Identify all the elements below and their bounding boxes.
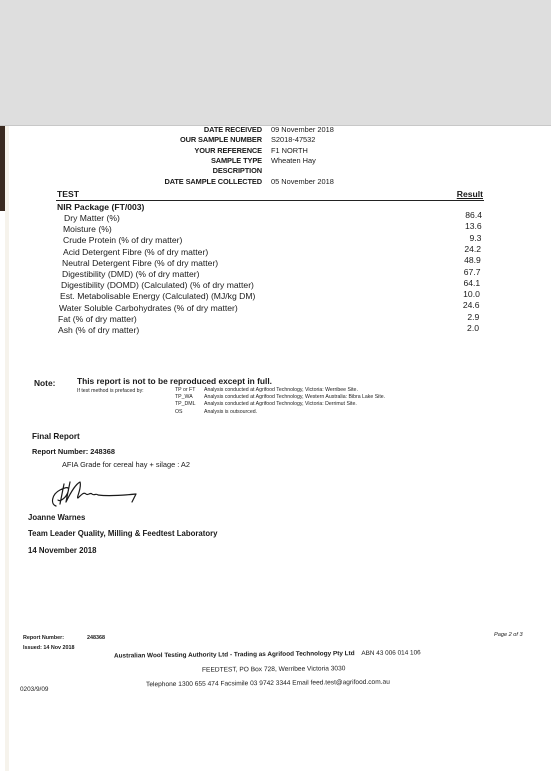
company-abn: ABN 43 006 014 106 xyxy=(361,649,420,657)
sample-info-value: Wheaten Hay xyxy=(271,156,316,166)
test-result: 24.6 xyxy=(440,300,480,310)
note-subtitle: If test method is prefaced by: xyxy=(77,388,144,394)
sample-info-value: 09 November 2018 xyxy=(271,125,334,135)
sample-info-row: DESCRIPTION xyxy=(0,166,551,176)
test-name: Est. Metabolisable Energy (Calculated) (… xyxy=(60,291,255,301)
test-result: 86.4 xyxy=(442,210,482,220)
footer-report-number: Report Number: 248368 xyxy=(23,635,64,641)
sample-info-row: SAMPLE TYPEWheaten Hay xyxy=(0,156,551,166)
test-result: 67.7 xyxy=(441,267,481,277)
sample-info-value: F1 NORTH xyxy=(271,146,308,156)
test-name: Moisture (%) xyxy=(63,224,112,234)
method-code-description: Analysis conducted at Agrifood Technolog… xyxy=(204,394,385,400)
test-result: 2.9 xyxy=(439,312,479,322)
sample-info-row: DATE SAMPLE COLLECTED05 November 2018 xyxy=(0,177,551,187)
signatory-role: Team Leader Quality, Milling & Feedtest … xyxy=(28,529,217,538)
signatory-name: Joanne Warnes xyxy=(28,513,85,522)
method-code-description: Analysis conducted at Agrifood Technolog… xyxy=(204,401,357,407)
report-status: Final Report xyxy=(32,432,80,441)
sample-info-row: DATE RECEIVED09 November 2018 xyxy=(0,125,551,135)
footer-report-number-label: Report Number: xyxy=(23,635,64,641)
method-code: TP_WA xyxy=(175,394,193,400)
form-code: 0203/9/09 xyxy=(20,686,48,693)
sample-info-row: YOUR REFERENCEF1 NORTH xyxy=(0,146,551,156)
test-result: 64.1 xyxy=(440,278,480,288)
test-result: 48.9 xyxy=(441,255,481,265)
method-code: OS xyxy=(175,409,183,415)
lab-report-page: DATE RECEIVED09 November 2018OUR SAMPLE … xyxy=(0,126,551,771)
note-label: Note: xyxy=(34,378,55,388)
sample-info-label: SAMPLE TYPE xyxy=(211,156,262,166)
method-code-description: Analysis conducted at Agrifood Technolog… xyxy=(204,387,358,393)
test-name: Ash (% of dry matter) xyxy=(58,325,139,335)
package-name: NIR Package (FT/003) xyxy=(57,202,144,212)
report-number: Report Number: 248368 xyxy=(32,447,115,456)
test-name: Acid Detergent Fibre (% of dry matter) xyxy=(63,247,208,257)
test-name: Neutral Detergent Fibre (% of dry matter… xyxy=(62,258,218,268)
report-date: 14 November 2018 xyxy=(28,546,96,555)
footer-report-number-value: 248368 xyxy=(87,635,105,641)
test-name: Dry Matter (%) xyxy=(64,213,120,223)
test-name: Fat (% of dry matter) xyxy=(58,314,137,324)
results-table-header: TEST Result xyxy=(56,188,484,201)
test-name: Digestibility (DOMD) (Calculated) (% of … xyxy=(61,280,254,290)
page-indicator: Page 2 of 3 xyxy=(494,632,523,638)
footer-contact: Telephone 1300 655 474 Facsimile 03 9742… xyxy=(146,679,390,689)
test-result: 10.0 xyxy=(440,289,480,299)
test-result: 9.3 xyxy=(441,233,481,243)
result-column-header: Result xyxy=(457,189,483,199)
sample-info-label: OUR SAMPLE NUMBER xyxy=(180,135,262,145)
method-code: TP or FT xyxy=(175,387,195,393)
sample-info-label: DATE SAMPLE COLLECTED xyxy=(164,177,262,187)
sample-info-value: 05 November 2018 xyxy=(271,177,334,187)
method-code: TP_DML xyxy=(175,401,195,407)
afia-grade: AFIA Grade for cereal hay + silage : A2 xyxy=(62,460,190,469)
test-result: 2.0 xyxy=(439,323,479,333)
sample-info-row: OUR SAMPLE NUMBERS2018-47532 xyxy=(0,135,551,145)
test-name: Crude Protein (% of dry matter) xyxy=(63,235,182,245)
sample-info-label: YOUR REFERENCE xyxy=(194,146,262,156)
footer-address: FEEDTEST, PO Box 728, Werribee Victoria … xyxy=(202,665,345,674)
method-code-description: Analysis is outsourced. xyxy=(204,409,257,415)
footer-issued: Issued: 14 Nov 2018 xyxy=(23,645,75,651)
sample-info-value: S2018-47532 xyxy=(271,135,315,145)
top-blank-band xyxy=(0,0,551,126)
note-title: This report is not to be reproduced exce… xyxy=(77,376,272,386)
test-name: Digestibility (DMD) (% of dry matter) xyxy=(62,269,200,279)
footer-company: Australian Wool Testing Authority Ltd - … xyxy=(114,649,421,659)
test-column-header: TEST xyxy=(57,189,79,199)
sample-info-label: DATE RECEIVED xyxy=(204,125,262,135)
company-name: Australian Wool Testing Authority Ltd - … xyxy=(114,650,355,660)
test-result: 13.6 xyxy=(442,221,482,231)
test-name: Water Soluble Carbohydrates (% of dry ma… xyxy=(59,303,238,313)
signature-image xyxy=(46,476,146,510)
sample-info-label: DESCRIPTION xyxy=(213,166,262,176)
test-result: 24.2 xyxy=(441,244,481,254)
